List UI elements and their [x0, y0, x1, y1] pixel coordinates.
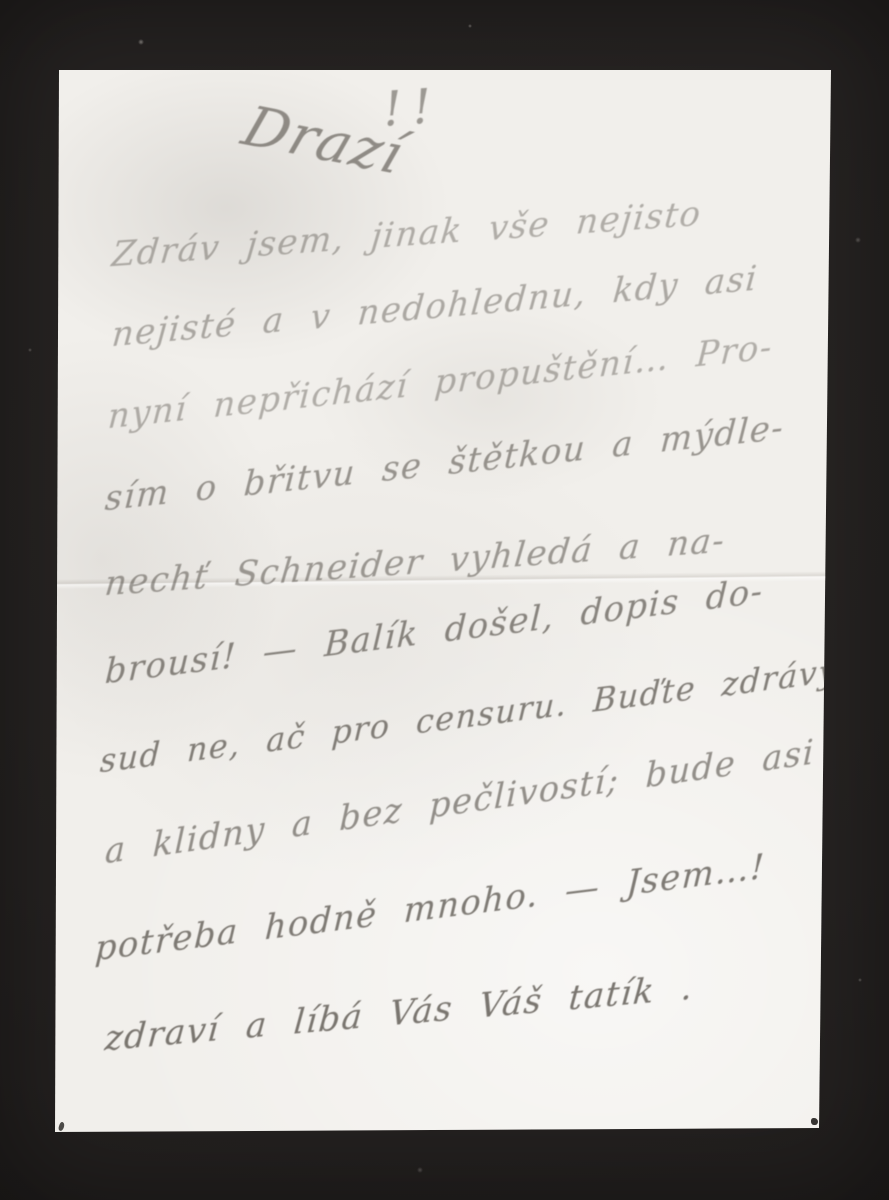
letter-heading-marks: !! [381, 82, 443, 134]
handwritten-line: zdraví a líbá Vás Váš tatík . [103, 970, 695, 1056]
paper-speck-bottom-right [811, 1118, 818, 1125]
paper-speck-bottom-left [58, 1121, 66, 1131]
photo-background: Drazí !! Zdráv jsem, jinak vše nejisto n… [0, 0, 889, 1200]
handwritten-line: potřeba hodně mnoho. — Jsem…! [94, 849, 766, 966]
handwritten-line: Zdráv jsem, jinak vše nejisto [110, 197, 703, 273]
letter-paper: Drazí !! Zdráv jsem, jinak vše nejisto n… [55, 70, 831, 1132]
